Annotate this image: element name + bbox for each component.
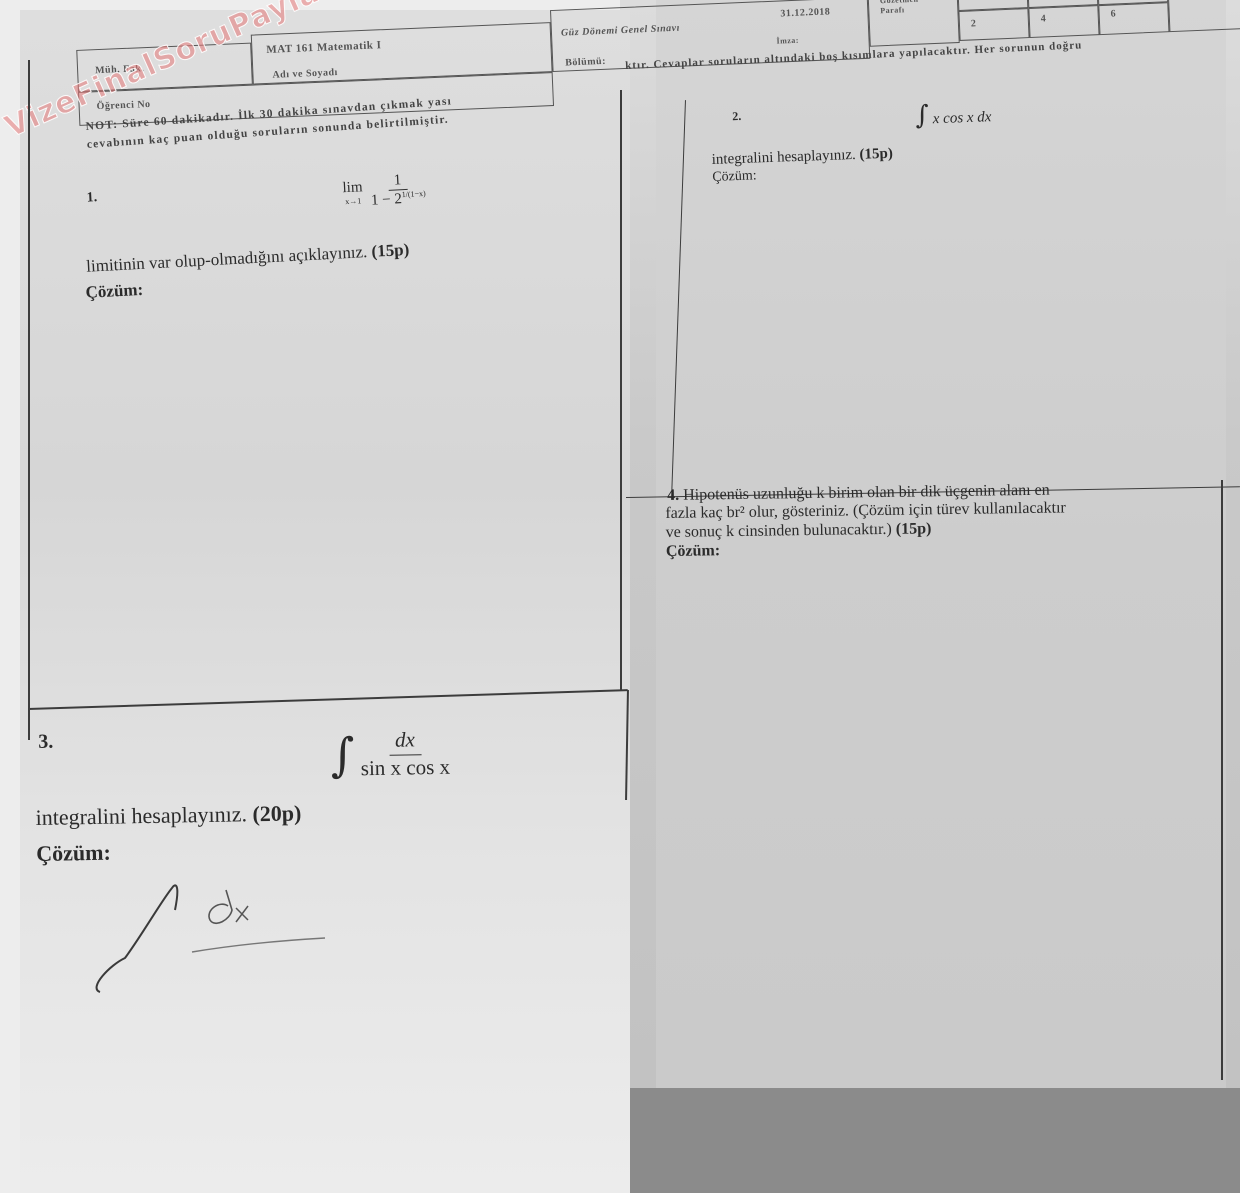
fraction: dx sin x cos x — [360, 726, 450, 781]
score-box-1-label: 1 — [970, 0, 976, 2]
left-border — [28, 60, 30, 740]
signature-label: İmza: — [776, 36, 799, 46]
score-box-2 — [958, 8, 1029, 41]
question-number: 1. — [86, 190, 97, 207]
integrand: x cos x dx — [932, 109, 991, 127]
question-line-3: ve sonuç k cinsinden bulunacaktır.) (15p… — [666, 519, 932, 542]
background-bottom — [620, 1088, 1240, 1193]
integral-formula: ∫ dx sin x cos x — [330, 726, 450, 782]
denominator-base: 1 − 2 — [371, 191, 403, 209]
solution-label: Çözüm: — [712, 168, 757, 186]
integral-sign: ∫ — [915, 100, 930, 130]
points: (15p) — [859, 146, 893, 163]
denominator: sin x cos x — [361, 754, 451, 781]
integral-sign: ∫ — [330, 727, 355, 781]
points: (15p) — [896, 520, 932, 537]
question-4: 4. Hipotenüs uzunluğu k birim olan bir d… — [665, 478, 1236, 576]
denominator: 1 − 21/(1−x) — [371, 189, 427, 210]
handwritten-integral-icon — [97, 885, 178, 992]
question-body: integralini hesaplayınız. — [35, 801, 247, 830]
handwritten-x-icon — [236, 906, 248, 922]
points: (20p) — [252, 800, 301, 826]
question-body: integralini hesaplayınız. — [711, 147, 856, 168]
solution-label: Çözüm: — [36, 840, 111, 867]
question-2: 2. ∫ x cos x dx integralini hesaplayınız… — [710, 93, 1213, 200]
lim-subscript: x→1 — [345, 196, 361, 206]
center-divider-top — [620, 90, 622, 690]
handwritten-answer — [80, 870, 340, 1010]
department-label: Bölümü: — [565, 56, 606, 69]
question-text: integralini hesaplayınız. (15p) — [711, 146, 893, 169]
solution-label: Çözüm: — [85, 280, 144, 303]
question-number: 4. — [667, 487, 679, 504]
handwritten-fraction-bar-icon — [192, 938, 325, 952]
exponent: 1/(1−x) — [401, 189, 426, 199]
solution-label: Çözüm: — [666, 541, 720, 561]
numerator: 1 — [387, 172, 407, 191]
fraction: 1 1 − 21/(1−x) — [370, 171, 427, 210]
score-box-6-label: 6 — [1110, 8, 1116, 19]
integral-formula: ∫ x cos x dx — [915, 98, 992, 131]
question-number: 3. — [38, 731, 53, 754]
lim: lim — [342, 179, 363, 197]
question-body: limitinin var olup-olmadığını açıklayını… — [86, 242, 368, 276]
score-box-4-label: 4 — [1041, 13, 1047, 24]
question-body-3: ve sonuç k cinsinden bulunacaktır.) — [666, 521, 892, 541]
question-text: integralini hesaplayınız. (20p) — [35, 800, 301, 831]
handwritten-d-icon — [209, 890, 232, 923]
question-3: 3. ∫ dx sin x cos x integralini hesaplay… — [34, 715, 597, 875]
total-score-box — [1167, 0, 1240, 32]
score-box-2-label: 2 — [971, 18, 977, 29]
grader-label-2: Parafı — [880, 5, 905, 15]
score-box-4 — [1028, 5, 1099, 38]
limit-formula: lim x→1 1 1 − 21/(1−x) — [342, 171, 427, 211]
question-number: 2. — [732, 109, 742, 124]
right-border — [1221, 480, 1223, 1080]
numerator: dx — [389, 727, 421, 756]
score-box-6 — [1098, 2, 1169, 35]
points: (15p) — [371, 240, 410, 261]
exam-date: 31.12.2018 — [780, 6, 830, 19]
question-text: limitinin var olup-olmadığını açıklayını… — [86, 240, 410, 277]
